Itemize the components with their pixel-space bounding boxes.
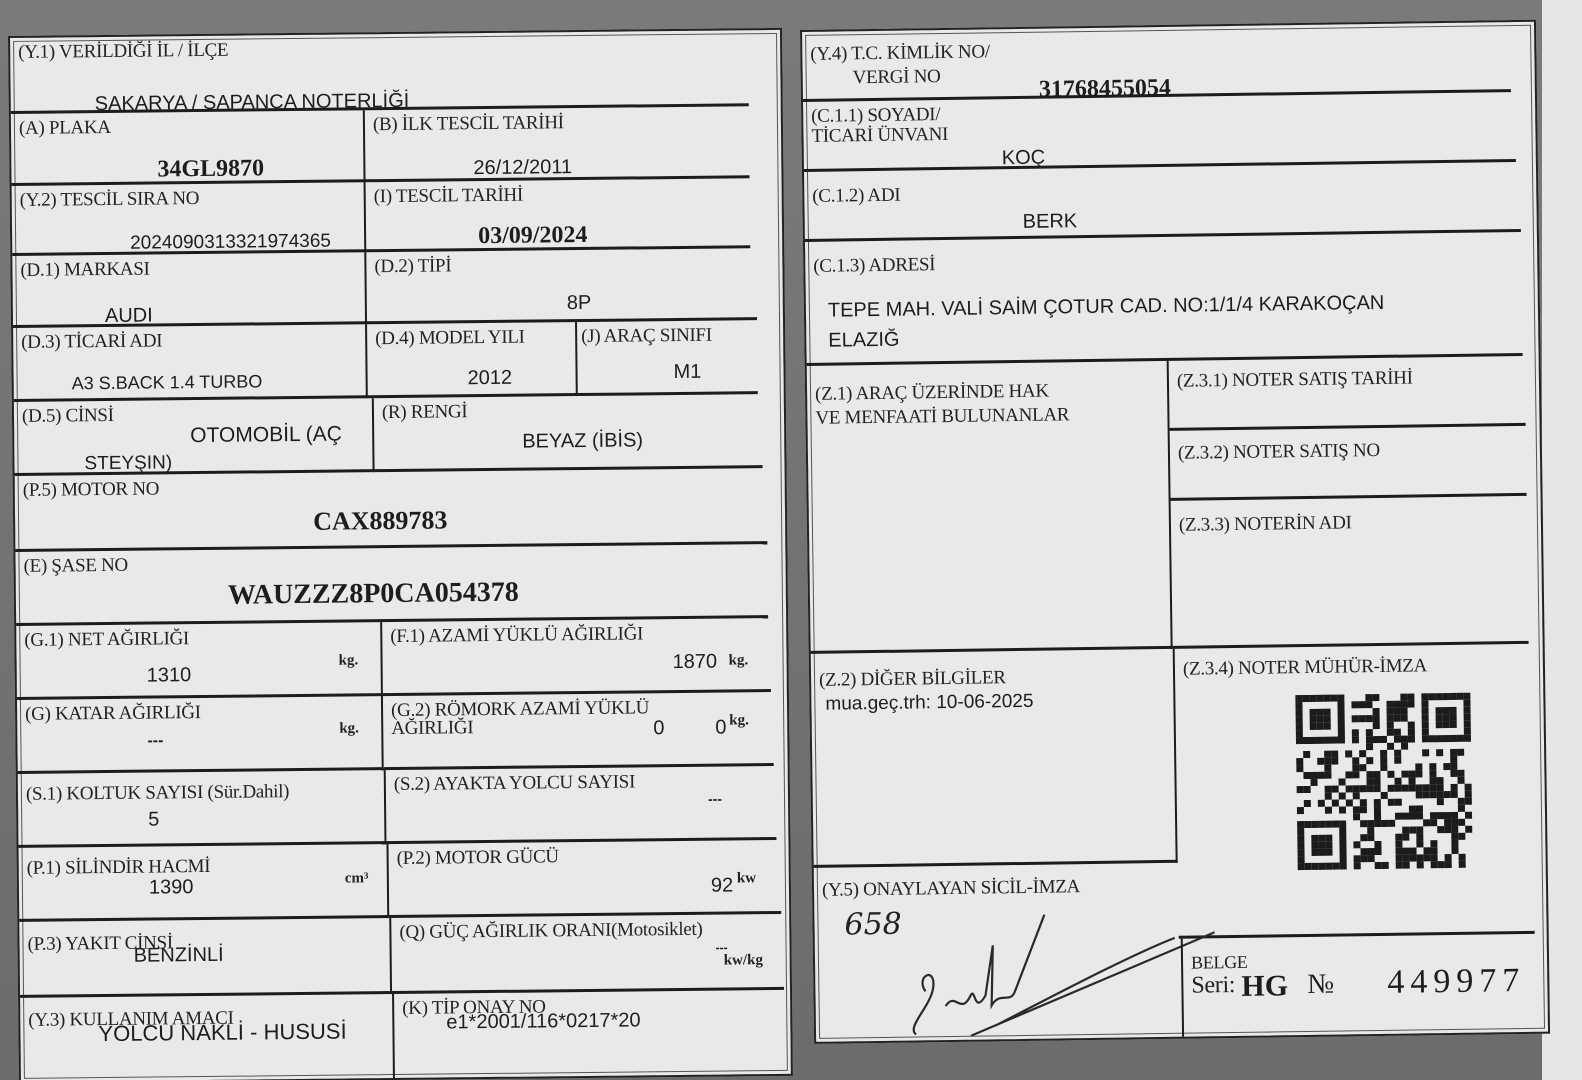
field-label: (Y.2) TESCİL SIRA NO (20, 188, 200, 212)
field-standing-count: (S.2) AYAKTA YOLCU SAYISI --- (386, 766, 777, 844)
field-trade-name: (D.3) TİCARİ ADI A3 S.BACK 1.4 TURBO (13, 324, 368, 402)
unit-kg: kg. (729, 712, 749, 729)
field-fuel-type: (P.3) YAKIT CİNSİ BENZİNLİ (19, 918, 392, 998)
plate-number: 34GL9870 (157, 155, 264, 183)
registration-card-front: (Y.1) VERİLDİĞİ İL / İLÇE SAKARYA / SAPA… (8, 28, 793, 1080)
signature-icon (874, 892, 1216, 1047)
field-train-weight: (G) KATAR AĞIRLIĞI --- kg. (17, 696, 384, 774)
field-cylinder-volume: (P.1) SİLİNDİR HACMİ 1390 cm³ (19, 844, 390, 922)
trailer-weight-a: 0 (653, 717, 664, 740)
field-surname: (C.1.1) SOYADI/ TİCARİ ÜNVANI KOÇ (803, 92, 1516, 172)
type: 8P (567, 292, 592, 315)
trailer-weight-b: 0 (715, 717, 726, 740)
field-vehicle-class: (J) ARAÇ SINIFI M1 (577, 320, 758, 396)
field-label: (P.5) MOTOR NO (23, 478, 160, 501)
seat-count: 5 (148, 808, 159, 831)
document-label: BELGE (1191, 952, 1248, 974)
field-label: (J) ARAÇ SINIFI (581, 325, 712, 348)
field-notary-name: (Z.3.3) NOTERİN ADI (1171, 496, 1529, 649)
field-usage-purpose: (Y.3) KULLANIM AMACI YOLCU NAKLİ - HUSUS… (20, 994, 395, 1080)
cylinder-volume: 1390 (149, 876, 194, 899)
field-label: VERGİ NO (853, 66, 941, 89)
first-registration-date: 26/12/2011 (473, 156, 572, 180)
field-other-info: (Z.2) DİĞER BİLGİLER mua.geç.trh: 10-06-… (811, 649, 1178, 868)
field-label: (P.2) MOTOR GÜCÜ (397, 846, 559, 870)
field-label: (Z.1) ARAÇ ÜZERİNDE HAK (815, 381, 1049, 406)
field-label: AĞIRLIĞI (391, 717, 473, 740)
field-model-year: (D.4) MODEL YILI 2012 (367, 322, 578, 398)
registration-seq-no: 20240903133219743​65 (130, 231, 331, 255)
first-name: BERK (1023, 210, 1078, 234)
engine-power: 92 (711, 874, 733, 897)
field-label: (R) RENGİ (382, 401, 468, 424)
kind-line1: OTOMOBİL (AÇ (190, 423, 342, 449)
field-lienholders: (Z.1) ARAÇ ÜZERİNDE HAK VE MENFAATİ BULU… (807, 361, 1173, 654)
standing-count: --- (708, 791, 722, 807)
field-label: (Z.2) DİĞER BİLGİLER (819, 667, 1006, 692)
unit-cm3: cm³ (345, 870, 369, 887)
serial-label: Seri: (1191, 972, 1235, 1000)
type-approval-no: e1*2001/116*0217*20 (446, 1009, 641, 1034)
field-label: (G.1) NET AĞIRLIĞI (24, 628, 189, 652)
field-label: (D.2) TİPİ (374, 255, 451, 278)
field-label: (B) İLK TESCİL TARİHİ (373, 112, 564, 136)
field-registration-date: (I) TESCİL TARİHİ 03/09/2024 (366, 178, 751, 252)
brand: AUDI (105, 305, 153, 328)
field-name: (C.1.2) ADI BERK (804, 162, 1521, 242)
field-label: (S.2) AYAKTA YOLCU SAYISI (394, 771, 635, 796)
field-engine-no: (P.5) MOTOR NO CAX889783 (15, 468, 768, 552)
field-label: (G) KATAR AĞIRLIĞI (25, 702, 201, 726)
field-label: (Y.4) T.C. KİMLİK NO/ (810, 41, 990, 66)
field-label: TİCARİ ÜNVANI (811, 124, 948, 148)
field-plate: (A) PLAKA 34GL9870 (11, 110, 366, 186)
field-label: (D.5) CİNSİ (22, 405, 114, 428)
address-line1: TEPE MAH. VALİ SAİM ÇOTUR CAD. NO:1/1/4 … (828, 292, 1385, 323)
field-label: (E) ŞASE NO (23, 555, 128, 578)
field-label: (D.4) MODEL YILI (375, 327, 525, 351)
field-label: (D.3) TİCARİ ADI (21, 330, 162, 353)
surname: KOÇ (1002, 147, 1046, 171)
field-label: (Z.3.2) NOTER SATIŞ NO (1178, 440, 1380, 465)
kind-line2: STEYŞIN) (84, 452, 172, 475)
field-label: (I) TESCİL TARİHİ (374, 185, 523, 209)
document-number: 449977 (1387, 962, 1526, 1002)
field-type-approval: (K) TİP ONAY NO e1*2001/116*0217*20 (394, 990, 787, 1078)
field-label: (C.1.2) ADI (812, 185, 900, 208)
unit-kg: kg. (339, 720, 359, 737)
field-notary-sale-date: (Z.3.1) NOTER SATIŞ TARİHİ (1169, 356, 1526, 431)
field-tax-id: (Y.4) T.C. KİMLİK NO/ VERGİ NO 317684550… (802, 22, 1511, 102)
field-approver-signature: (Y.5) ONAYLAYAN SİCİL-İMZA 658 (814, 863, 1182, 1042)
field-first-registration: (B) İLK TESCİL TARİHİ 26/12/2011 (365, 106, 750, 182)
number-sign: № (1307, 969, 1334, 1001)
field-label: VE MENFAATİ BULUNANLAR (815, 404, 1069, 430)
serial-code: HG (1241, 969, 1288, 1004)
field-y1: (Y.1) VERİLDİĞİ İL / İLÇE SAKARYA / SAPA… (10, 30, 749, 114)
other-info-value: mua.geç.trh: 10-06-2025 (825, 691, 1033, 716)
qr-code (1295, 693, 1472, 870)
field-trailer-weight: (G.2) RÖMORK AZAMİ YÜKLÜ AĞIRLIĞI 0 0 kg… (383, 692, 774, 770)
unit-kw-kg: kw/kg (724, 952, 763, 969)
field-net-weight: (G.1) NET AĞIRLIĞI 1310 kg. (16, 622, 383, 700)
field-address: (C.1.3) ADRESİ TEPE MAH. VALİ SAİM ÇOTUR… (805, 232, 1523, 366)
fuel-type: BENZİNLİ (134, 944, 224, 968)
color: BEYAZ (İBİS) (522, 429, 643, 453)
trade-name: A3 S.BACK 1.4 TURBO (72, 371, 263, 394)
registration-date: 03/09/2024 (478, 222, 588, 250)
engine-number: CAX889783 (313, 505, 448, 536)
field-label: (Z.3.4) NOTER MÜHÜR-İMZA (1183, 655, 1427, 680)
field-engine-power: (P.2) MOTOR GÜCÜ 92 kw (388, 840, 781, 918)
chassis-number: WAUZZZ8P0CA054378 (228, 577, 519, 612)
field-registration-seq: (Y.2) TESCİL SIRA NO 20240903133219743​6… (12, 182, 367, 256)
field-label: (Z.3.3) NOTERİN ADI (1179, 512, 1352, 536)
field-label: (Y.1) VERİLDİĞİ İL / İLÇE (18, 40, 228, 64)
field-notary-seal: (Z.3.4) NOTER MÜHÜR-İMZA (1175, 644, 1535, 939)
address-line2: ELAZIĞ (828, 329, 899, 353)
unit-kg: kg. (338, 652, 358, 669)
unit-kg: kg. (728, 652, 748, 669)
registration-card-back: (Y.4) T.C. KİMLİK NO/ VERGİ NO 317684550… (800, 20, 1550, 1044)
field-label: (D.1) MARKASI (20, 259, 149, 282)
field-label: (F.1) AZAMİ YÜKLÜ AĞIRLIĞI (390, 623, 643, 648)
field-label: (Z.3.1) NOTER SATIŞ TARİHİ (1177, 367, 1413, 392)
field-label: (A) PLAKA (19, 117, 111, 140)
field-document-serial: BELGE Seri: HG № 449977 (1181, 934, 1540, 1037)
unit-kw: kw (737, 870, 756, 887)
field-type: (D.2) TİPİ 8P (366, 248, 757, 324)
field-kind: (D.5) CİNSİ OTOMOBİL (AÇ STEYŞIN) (14, 398, 375, 476)
field-color: (R) RENGİ BEYAZ (İBİS) (374, 394, 763, 472)
net-weight: 1310 (147, 664, 192, 687)
max-weight: 1870 (672, 651, 717, 674)
field-seat-count: (S.1) KOLTUK SAYISI (Sür.Dahil) 5 (18, 770, 387, 848)
model-year: 2012 (467, 367, 512, 390)
field-brand: (D.1) MARKASI AUDI (12, 252, 367, 328)
field-label: (Q) GÜÇ AĞIRLIK ORANI(Motosiklet) (399, 919, 702, 944)
field-notary-sale-no: (Z.3.2) NOTER SATIŞ NO (1170, 426, 1527, 501)
field-max-weight: (F.1) AZAMİ YÜKLÜ AĞIRLIĞI 1870 kg. (382, 618, 771, 696)
field-power-weight-ratio: (Q) GÜÇ AĞIRLIK ORANI(Motosiklet) --- kw… (391, 914, 784, 994)
field-label: (C.1.3) ADRESİ (813, 254, 935, 278)
field-label: (S.1) KOLTUK SAYISI (Sür.Dahil) (26, 781, 289, 806)
train-weight: --- (147, 732, 163, 750)
usage-purpose: YOLCU NAKLİ - HUSUSİ (98, 1019, 346, 1048)
vehicle-class: M1 (673, 361, 701, 384)
field-chassis-no: (E) ŞASE NO WAUZZZ8P0CA054378 (15, 544, 768, 626)
